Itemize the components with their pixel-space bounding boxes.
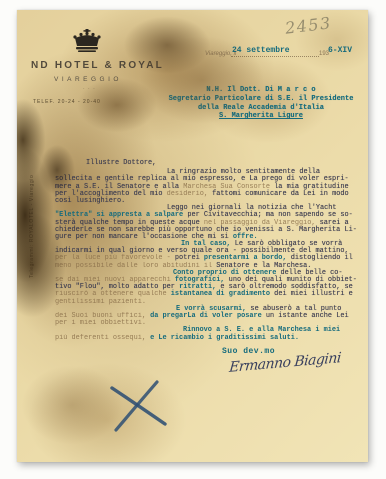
crayon-x-mark <box>102 378 174 436</box>
letterhead-city: VIAREGGIO <box>54 76 122 83</box>
letter-paper: ND HOTEL & ROYAL VIAREGGIO · · · TELEF. … <box>17 10 368 462</box>
recipient-line: Segretario Particolare di S.E. il Presid… <box>145 95 377 104</box>
recipient-line: S. Margherita Ligure <box>145 112 377 121</box>
dateline-typed-date: 24 settembre <box>232 46 290 55</box>
archive-pencil-number: 2453 <box>284 13 333 38</box>
body-line: Illustre Dottore, <box>55 160 365 167</box>
body-line: più deferenti ossequi, e Le ricambio i g… <box>55 335 365 342</box>
letter-body: Illustre Dottore,La ringrazio molto sent… <box>55 160 365 342</box>
dateline-typed-year: 6-XIV <box>328 46 352 55</box>
crown-logo-icon <box>69 28 105 54</box>
recipient-block: N.H. Il Dott. Di M a r c oSegretario Par… <box>145 86 377 121</box>
letterhead-hotel-name: ND HOTEL & ROYAL <box>31 60 164 71</box>
dateline-dotted-rule <box>231 56 319 57</box>
letterhead-ornament: · · · <box>83 86 96 92</box>
valediction: Suo dev.mo <box>222 347 275 356</box>
letterhead-phone-line: TELEF. 20-24 - 20-40 <box>33 99 101 105</box>
letterhead-telegram-line: Telegrammi: ROYALOTEL - Viareggio <box>29 158 35 278</box>
recipient-line: N.H. Il Dott. Di M a r c o <box>145 86 377 95</box>
